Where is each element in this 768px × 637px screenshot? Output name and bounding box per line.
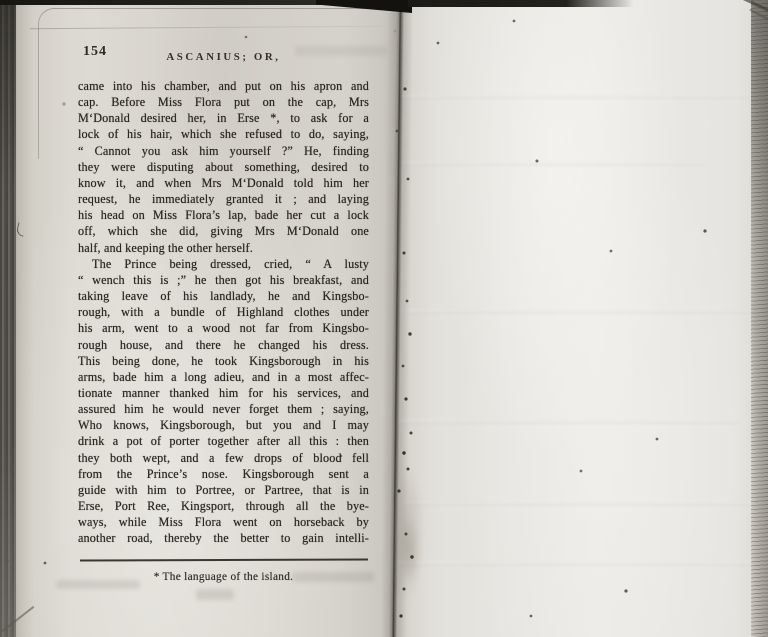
text-line: lock of his hair, which she refused to d…	[78, 126, 369, 142]
text-line: came into his chamber, and put on his ap…	[78, 78, 369, 94]
text-line: another road, thereby the better to gain…	[78, 530, 369, 546]
text-line: his arm, went to a wood not far from Kin…	[78, 320, 369, 336]
scan-top-shadow	[0, 0, 340, 5]
text-line: rough, with a bundle of Highland clothes…	[78, 304, 369, 320]
text-line: tionate manner thanked him for his servi…	[78, 385, 369, 401]
text-line: guide with him to Portree, or Partree, t…	[78, 482, 369, 498]
text-line: half, and keeping the other herself.	[78, 240, 369, 256]
signature-mark-smudge	[196, 589, 234, 600]
text-line: ways, while Miss Flora went on horseback…	[78, 514, 369, 530]
gutter-stain	[398, 520, 420, 584]
text-line: arms, bade him a long adieu, and in a mo…	[78, 369, 369, 385]
text-line: rough house, and there he changed his dr…	[78, 337, 369, 353]
text-line: off, which she did, giving Mrs M‘Donald …	[78, 223, 369, 239]
book-scan: 154 ASCANIUS; OR, came into his chamber,…	[0, 0, 768, 637]
right-page-blank	[396, 0, 752, 637]
text-line: “ wench this is ;” he then got his break…	[78, 272, 369, 288]
text-line: from the Prince’s nose. Kingsborough sen…	[78, 466, 369, 482]
footnote: * The language of the island.	[78, 571, 369, 583]
text-line: taking leave of his landlady, he and Kin…	[78, 288, 369, 304]
paragraph: came into his chamber, and put on his ap…	[78, 78, 369, 256]
text-line: know it, and when Mrs M‘Donald told him …	[78, 175, 369, 191]
scan-top-shadow	[408, 0, 634, 7]
text-line: This being done, he took Kingsborough in…	[78, 353, 369, 369]
text-line: M‘Donald desired her, in Erse *, to ask …	[78, 110, 369, 126]
paper-crease	[404, 502, 752, 505]
body-text: came into his chamber, and put on his ap…	[78, 78, 369, 547]
fore-edge-pages	[751, 0, 768, 637]
text-line: Erse, Port Ree, Kingsport, through all t…	[78, 498, 369, 514]
text-line: drink a pot of porter together after all…	[78, 433, 369, 449]
text-line: his head on Miss Flora’s lap, bade her c…	[78, 207, 369, 223]
running-title: ASCANIUS; OR,	[78, 51, 369, 63]
text-line: they both wept, and a few drops of blood…	[78, 450, 369, 466]
paper-crease	[406, 310, 752, 313]
book-binding	[0, 0, 16, 637]
text-line: assured him he would never forget them ;…	[78, 401, 369, 417]
foxing-specks	[0, 0, 2, 2]
paper-crease	[400, 95, 750, 98]
text-line: request, he immediately granted it ; and…	[78, 191, 369, 207]
text-line: “ Cannot you ask him yourself ?” He, fin…	[78, 143, 369, 159]
text-line: Who knows, Kingsborough, but you and I m…	[78, 417, 369, 433]
text-line: The Prince being dressed, cried, “ A lus…	[78, 256, 369, 272]
paper-crease	[396, 562, 752, 565]
text-line: cap. Before Miss Flora put on the cap, M…	[78, 94, 369, 110]
paper-crease	[398, 420, 738, 423]
paragraph: The Prince being dressed, cried, “ A lus…	[78, 256, 369, 547]
paper-crease	[402, 162, 702, 165]
text-line: they were disputing about something, des…	[78, 159, 369, 175]
